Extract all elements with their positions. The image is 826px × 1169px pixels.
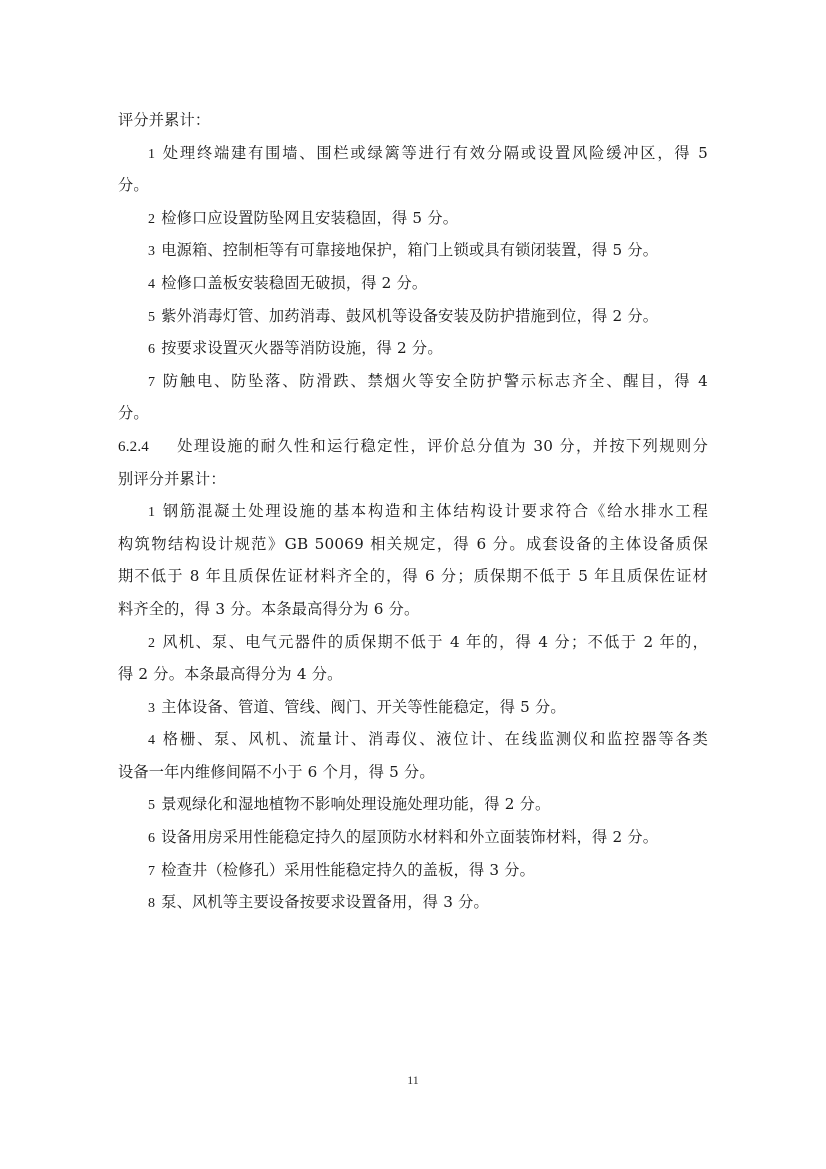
continuation-line: 评分并累计：	[118, 104, 708, 137]
item-number: 6	[148, 334, 155, 367]
item-number: 6	[148, 823, 155, 856]
item-number: 5	[148, 302, 155, 335]
item-number: 1	[148, 139, 155, 170]
list-item-line: 3电源箱、控制柜等有可靠接地保护，箱门上锁或具有锁闭装置，得 5 分。	[118, 234, 708, 267]
line-text: 处理设施的耐久性和运行稳定性，评价总分值为 30 分，并按下列规则分	[176, 437, 708, 455]
continuation-line: 构筑物结构设计规范》GB 50069 相关规定，得 6 分。成套设备的主体设备质…	[118, 528, 708, 561]
line-text: 评分并累计：	[118, 111, 210, 129]
item-number: 4	[148, 269, 155, 302]
continuation-line: 别评分并累计：	[118, 463, 708, 496]
line-text: 风机、泵、电气元器件的质保期不低于 4 年的，得 4 分；不低于 2 年的，	[161, 633, 708, 651]
line-text: 紫外消毒灯管、加药消毒、鼓风机等设备安装及防护措施到位，得 2 分。	[161, 307, 658, 325]
continuation-line: 分。	[118, 169, 708, 202]
list-item-line: 7检查井（检修孔）采用性能稳定持久的盖板，得 3 分。	[118, 854, 708, 887]
list-item-line: 3主体设备、管道、管线、阀门、开关等性能稳定，得 5 分。	[118, 691, 708, 724]
page-number: 11	[0, 1073, 826, 1088]
continuation-line: 设备一年内维修间隔不小于 6 个月，得 5 分。	[118, 756, 708, 789]
section-heading-line: 6.2.4处理设施的耐久性和运行稳定性，评价总分值为 30 分，并按下列规则分	[118, 430, 708, 463]
list-item-line: 8泵、风机等主要设备按要求设置备用，得 3 分。	[118, 886, 708, 919]
line-text: 分。	[118, 176, 149, 194]
line-text: 分。	[118, 404, 149, 422]
continuation-line: 分。	[118, 397, 708, 430]
body-text: 评分并累计：1处理终端建有围墙、围栏或绿篱等进行有效分隔或设置风险缓冲区，得 5…	[118, 104, 708, 919]
item-number: 3	[148, 236, 155, 269]
item-number: 7	[148, 856, 155, 889]
item-number: 2	[148, 628, 155, 659]
list-item-line: 6设备用房采用性能稳定持久的屋顶防水材料和外立面装饰材料，得 2 分。	[118, 821, 708, 854]
continuation-line: 料齐全的，得 3 分。本条最高得分为 6 分。	[118, 593, 708, 626]
line-text: 格栅、泵、风机、流量计、消毒仪、液位计、在线监测仪和监控器等各类	[161, 730, 708, 748]
list-item-line: 6按要求设置灭火器等消防设施，得 2 分。	[118, 332, 708, 365]
line-text: 检修口盖板安装稳固无破损，得 2 分。	[161, 274, 427, 292]
line-text: 处理终端建有围墙、围栏或绿篱等进行有效分隔或设置风险缓冲区，得 5	[161, 144, 708, 162]
list-item-line: 4格栅、泵、风机、流量计、消毒仪、液位计、在线监测仪和监控器等各类	[118, 723, 708, 756]
section-number: 6.2.4	[118, 431, 176, 463]
list-item-line: 1钢筋混凝土处理设施的基本构造和主体结构设计要求符合《给水排水工程	[118, 495, 708, 528]
list-item-line: 2检修口应设置防坠网且安装稳固，得 5 分。	[118, 202, 708, 235]
line-text: 防触电、防坠落、防滑跌、禁烟火等安全防护警示标志齐全、醒目，得 4	[161, 372, 708, 390]
line-text: 设备用房采用性能稳定持久的屋顶防水材料和外立面装饰材料，得 2 分。	[161, 828, 658, 846]
line-text: 景观绿化和湿地植物不影响处理设施处理功能，得 2 分。	[161, 795, 550, 813]
line-text: 设备一年内维修间隔不小于 6 个月，得 5 分。	[118, 763, 435, 781]
line-text: 泵、风机等主要设备按要求设置备用，得 3 分。	[161, 893, 489, 911]
item-number: 7	[148, 367, 155, 398]
item-number: 1	[148, 497, 155, 528]
list-item-line: 1处理终端建有围墙、围栏或绿篱等进行有效分隔或设置风险缓冲区，得 5	[118, 137, 708, 170]
line-text: 检修口应设置防坠网且安装稳固，得 5 分。	[161, 209, 458, 227]
list-item-line: 4检修口盖板安装稳固无破损，得 2 分。	[118, 267, 708, 300]
continuation-line: 期不低于 8 年且质保佐证材料齐全的，得 6 分；质保期不低于 5 年且质保佐证…	[118, 560, 708, 593]
document-page: 评分并累计：1处理终端建有围墙、围栏或绿篱等进行有效分隔或设置风险缓冲区，得 5…	[0, 0, 826, 1169]
item-number: 8	[148, 888, 155, 921]
list-item-line: 2风机、泵、电气元器件的质保期不低于 4 年的，得 4 分；不低于 2 年的，	[118, 626, 708, 659]
line-text: 钢筋混凝土处理设施的基本构造和主体结构设计要求符合《给水排水工程	[161, 502, 708, 520]
item-number: 4	[148, 725, 155, 756]
line-text: 构筑物结构设计规范》GB 50069 相关规定，得 6 分。成套设备的主体设备质…	[118, 535, 708, 553]
line-text: 得 2 分。本条最高得分为 4 分。	[118, 665, 343, 683]
list-item-line: 7防触电、防坠落、防滑跌、禁烟火等安全防护警示标志齐全、醒目，得 4	[118, 365, 708, 398]
line-text: 按要求设置灭火器等消防设施，得 2 分。	[161, 339, 443, 357]
list-item-line: 5紫外消毒灯管、加药消毒、鼓风机等设备安装及防护措施到位，得 2 分。	[118, 300, 708, 333]
line-text: 别评分并累计：	[118, 470, 226, 488]
item-number: 2	[148, 204, 155, 237]
line-text: 检查井（检修孔）采用性能稳定持久的盖板，得 3 分。	[161, 861, 535, 879]
item-number: 3	[148, 693, 155, 726]
item-number: 5	[148, 790, 155, 823]
line-text: 料齐全的，得 3 分。本条最高得分为 6 分。	[118, 600, 419, 618]
line-text: 期不低于 8 年且质保佐证材料齐全的，得 6 分；质保期不低于 5 年且质保佐证…	[118, 567, 708, 585]
line-text: 电源箱、控制柜等有可靠接地保护，箱门上锁或具有锁闭装置，得 5 分。	[161, 241, 658, 259]
line-text: 主体设备、管道、管线、阀门、开关等性能稳定，得 5 分。	[161, 698, 566, 716]
continuation-line: 得 2 分。本条最高得分为 4 分。	[118, 658, 708, 691]
list-item-line: 5景观绿化和湿地植物不影响处理设施处理功能，得 2 分。	[118, 788, 708, 821]
